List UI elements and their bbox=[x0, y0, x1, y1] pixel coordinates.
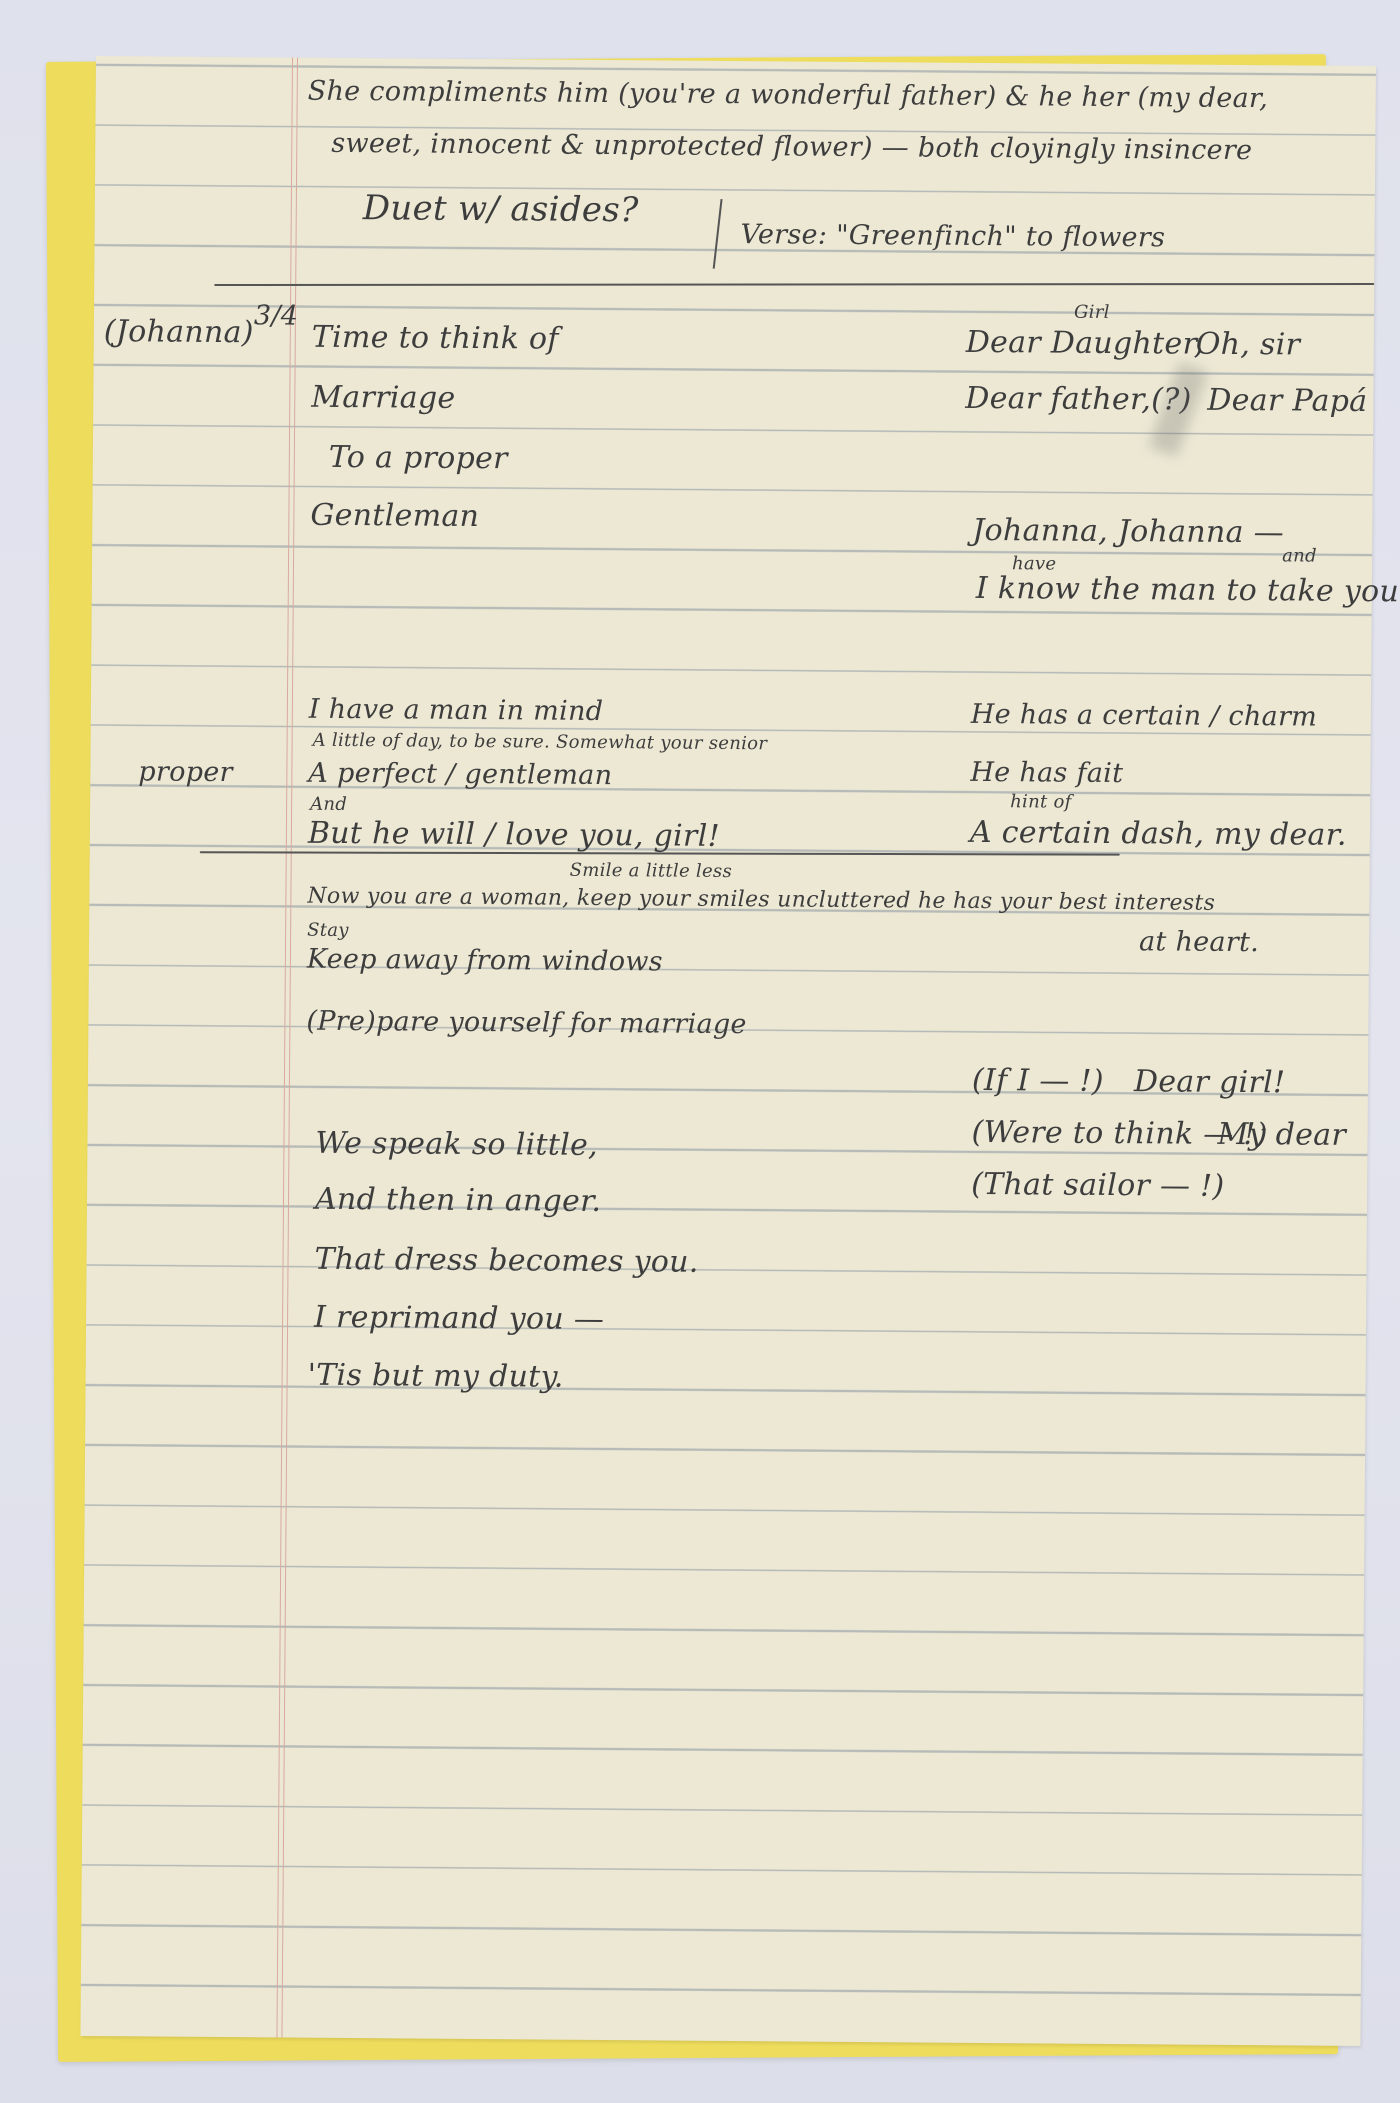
i-know-the-man: I know the man to take you bbox=[976, 571, 1399, 609]
dear-papa: Dear Papá bbox=[1207, 383, 1367, 419]
lyric-and-then-in-anger: And then in anger. bbox=[315, 1182, 602, 1219]
lyric-that-dress-becomes-you: That dress becomes you. bbox=[314, 1242, 698, 1280]
lyric-we-speak-so-little: We speak so little, bbox=[315, 1126, 598, 1163]
duet-asides-note: Duet w/ asides? bbox=[363, 188, 639, 230]
lyric-to-a-proper: To a proper bbox=[329, 440, 508, 476]
verse-note: Verse: "Greenfinch" to flowers bbox=[740, 219, 1165, 253]
lyric-prepare-yourself: (Pre)pare yourself for marriage bbox=[306, 1006, 747, 1040]
lyric-gentleman: Gentleman bbox=[310, 498, 479, 534]
he-has-fait: He has fait bbox=[970, 757, 1123, 789]
my-dear: My dear bbox=[1217, 1117, 1346, 1153]
section-underline bbox=[200, 851, 1120, 855]
lyric-man-in-mind: I have a man in mind bbox=[309, 694, 604, 727]
margin-line bbox=[276, 58, 298, 2038]
insert-hint-of: hint of bbox=[1010, 791, 1072, 812]
header-note-line2: sweet, innocent & unprotected flower) — … bbox=[331, 128, 1252, 166]
aside-if-i: (If I — !) bbox=[972, 1063, 1104, 1099]
dear-girl: Dear girl! bbox=[1134, 1064, 1286, 1100]
insert-stay: Stay bbox=[307, 920, 349, 941]
divider-vertical bbox=[713, 199, 723, 269]
header-note-line1: She compliments him (you're a wonderful … bbox=[308, 76, 1269, 115]
dear-father: Dear father,(?) bbox=[965, 381, 1192, 418]
at-heart: at heart. bbox=[1139, 926, 1259, 958]
aside-that-sailor: (That sailor — !) bbox=[971, 1167, 1225, 1204]
character-label: (Johanna) bbox=[104, 314, 254, 350]
margin-proper: proper bbox=[138, 756, 233, 788]
certain-dash: A certain dash, my dear. bbox=[970, 815, 1347, 853]
johanna-johanna: Johanna, Johanna — bbox=[972, 513, 1284, 550]
lyric-i-reprimand-you: I reprimand you — bbox=[314, 1300, 604, 1337]
insert-and: and bbox=[1282, 545, 1317, 566]
manuscript-page: She compliments him (you're a wonderful … bbox=[80, 56, 1376, 2046]
he-has-certain-charm: He has a certain / charm bbox=[971, 699, 1318, 733]
lyric-perfect-gentleman: A perfect / gentleman bbox=[308, 758, 612, 791]
lyric-tis-but-my-duty: 'Tis but my duty. bbox=[308, 1358, 564, 1395]
time-signature: 3/4 bbox=[254, 307, 298, 325]
insert-girl: Girl bbox=[1074, 302, 1110, 323]
lyric-now-you-are-a-woman: Now you are a woman, keep your smiles un… bbox=[307, 884, 1215, 916]
header-underline bbox=[214, 283, 1374, 286]
lyric-time-to-think: Time to think of bbox=[312, 320, 559, 357]
insert-and-2: And bbox=[310, 794, 347, 815]
lyric-little-of-day: A little of day, to be sure. Somewhat yo… bbox=[313, 730, 768, 755]
lyric-keep-away-windows: Keep away from windows bbox=[307, 944, 663, 978]
oh-sir: Oh, sir bbox=[1196, 327, 1301, 363]
lyric-he-will-love-you: But he will / love you, girl! bbox=[308, 816, 720, 854]
insert-smile-less: Smile a little less bbox=[570, 860, 733, 882]
lyric-marriage: Marriage bbox=[311, 380, 455, 416]
dear-daughter: Dear Daughter, bbox=[966, 325, 1204, 362]
